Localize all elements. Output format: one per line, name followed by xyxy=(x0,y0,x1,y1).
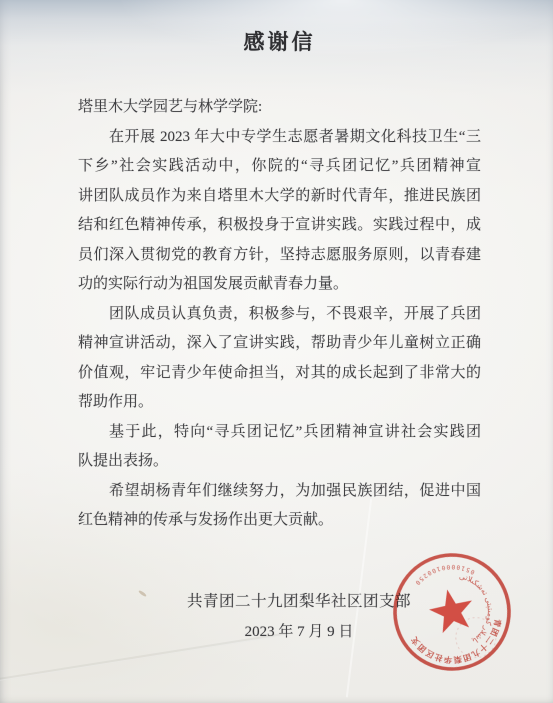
letter-page: 感谢信 塔里木大学园艺与林学学院: 在开展 2023 年大中专学生志愿者暑期文化… xyxy=(0,0,553,703)
paragraph: 团队成员认真负责，积极参与，不畏艰辛，开展了兵团精神宣讲活动，深入了宣讲实践，帮… xyxy=(78,300,481,418)
body-line: 价值观，牢记青少年使命担当，对其的成长起到了非常大的 xyxy=(78,359,481,389)
signature-date: 2023 年 7 月 9 日 xyxy=(187,621,411,643)
paragraph: 希望胡杨青年们继续努力，为加强民族团结，促进中国红色精神的传承与发扬作出更大贡献… xyxy=(78,477,481,536)
letter-body: 在开展 2023 年大中专学生志愿者暑期文化科技卫生“三下乡”社会实践活动中，你… xyxy=(78,123,481,536)
body-line: 下乡”社会实践活动中，你院的“寻兵团记忆”兵团精神宣 xyxy=(78,152,481,182)
body-line: 讲团队成员作为来自塔里木大学的新时代青年，推进民族团 xyxy=(78,182,481,212)
signature-org: 共青团二十九团梨华社区团支部 xyxy=(187,591,411,613)
body-line: 红色精神的传承与发扬作出更大贡献。 xyxy=(78,506,481,536)
body-line: 精神宣讲活动，深入了宣讲实践，帮助青少年儿童树立正确 xyxy=(78,329,481,359)
body-line: 团队成员认真负责，积极参与，不畏艰辛，开展了兵团 xyxy=(78,300,481,330)
letter-title: 感谢信 xyxy=(78,26,481,56)
body-line: 员们深入贯彻党的教育方针，坚持志愿服务原则，以青春建 xyxy=(78,241,481,271)
body-line: 功的实际行动为祖国发展贡献青春力量。 xyxy=(78,270,481,300)
body-line: 希望胡杨青年们继续努力，为加强民族团结，促进中国 xyxy=(78,477,481,507)
body-line: 队提出表扬。 xyxy=(78,447,481,477)
signature-block: 共青团二十九团梨华社区团支部 2023 年 7 月 9 日 xyxy=(187,591,411,643)
body-line: 帮助作用。 xyxy=(78,388,481,418)
body-line: 基于此，特向“寻兵团记忆”兵团精神宣讲社会实践团 xyxy=(78,418,481,448)
salutation: 塔里木大学园艺与林学学院: xyxy=(78,93,481,123)
paragraph: 在开展 2023 年大中专学生志愿者暑期文化科技卫生“三下乡”社会实践活动中，你… xyxy=(78,123,481,300)
body-line: 结和红色精神传承，积极投身于宣讲实践。实践过程中，成 xyxy=(78,211,481,241)
letter-content: 感谢信 塔里木大学园艺与林学学院: 在开展 2023 年大中专学生志愿者暑期文化… xyxy=(0,0,553,643)
paragraph: 基于此，特向“寻兵团记忆”兵团精神宣讲社会实践团队提出表扬。 xyxy=(78,418,481,477)
body-line: 在开展 2023 年大中专学生志愿者暑期文化科技卫生“三 xyxy=(78,123,481,153)
